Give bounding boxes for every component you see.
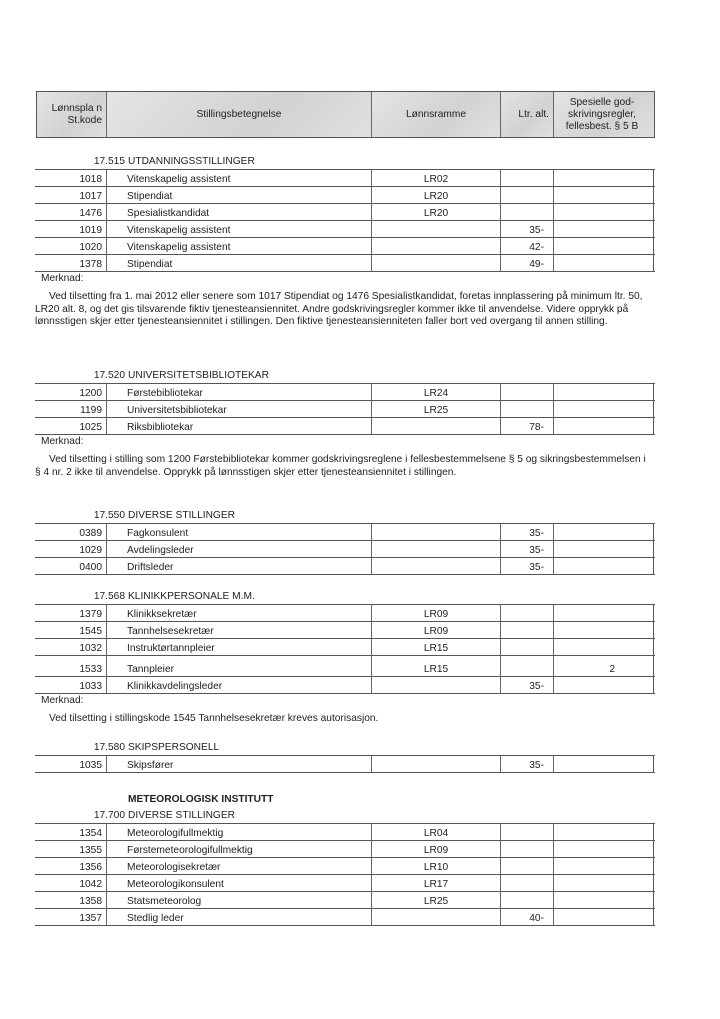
header-title: Stillingsbetegnelse (107, 92, 372, 137)
lonnsramme (372, 255, 501, 271)
stillingskode: 1476 (35, 204, 107, 220)
spesielle-regler (554, 858, 654, 874)
table-row: 1379KlinikksekretærLR09 (35, 605, 655, 622)
section-table: 1379KlinikksekretærLR091545Tannhelsesekr… (35, 604, 655, 694)
stillingskode: 1020 (35, 238, 107, 254)
lonnsramme: LR25 (372, 892, 501, 908)
spesielle-regler (554, 756, 654, 772)
lonnsramme: LR17 (372, 875, 501, 891)
institution-heading: METEOROLOGISK INSTITUTT (128, 794, 273, 805)
spesielle-regler (554, 384, 654, 400)
spesielle-regler (554, 558, 654, 574)
section-17-550: 17.550DIVERSE STILLINGER0389Fagkonsulent… (35, 509, 655, 575)
ltr-alt (501, 858, 554, 874)
stillingskode: 1032 (35, 639, 107, 655)
lonnsramme: LR09 (372, 605, 501, 621)
spesielle-regler (554, 204, 654, 220)
stillingsbetegnelse: Tannhelsesekretær (107, 622, 372, 638)
table-row: 1357Stedlig leder40- (35, 909, 655, 926)
section-table: 1200FørstebibliotekarLR241199Universitet… (35, 383, 655, 435)
lonnsramme: LR10 (372, 858, 501, 874)
ltr-alt (501, 824, 554, 840)
section-17-515: 17.515UTDANNINGSSTILLINGER1018Vitenskape… (35, 155, 655, 329)
table-row: 1200FørstebibliotekarLR24 (35, 384, 655, 401)
section-17-520: 17.520UNIVERSITETSBIBLIOTEKAR1200Førsteb… (35, 369, 655, 479)
ltr-alt (501, 401, 554, 417)
ltr-alt: 49- (501, 255, 554, 271)
spesielle-regler (554, 909, 654, 925)
table-row: 1017StipendiatLR20 (35, 187, 655, 204)
stillingsbetegnelse: Stedlig leder (107, 909, 372, 925)
stillingskode: 1358 (35, 892, 107, 908)
table-row: 1476SpesialistkandidatLR20 (35, 204, 655, 221)
section-code: 17.700 (65, 810, 125, 821)
stillingsbetegnelse: Førstebibliotekar (107, 384, 372, 400)
lonnsramme: LR02 (372, 170, 501, 186)
lonnsramme (372, 756, 501, 772)
table-row: 1358StatsmeteorologLR25 (35, 892, 655, 909)
section-code: 17.568 (65, 591, 125, 602)
ltr-alt: 35- (501, 558, 554, 574)
note-text: Ved tilsetting fra 1. mai 2012 eller sen… (35, 291, 647, 329)
lonnsramme: LR09 (372, 841, 501, 857)
stillingskode: 1018 (35, 170, 107, 186)
table-row: 0389Fagkonsulent35- (35, 524, 655, 541)
spesielle-regler (554, 187, 654, 203)
spesielle-regler (554, 875, 654, 891)
lonnsramme (372, 541, 501, 557)
stillingsbetegnelse: Skipsfører (107, 756, 372, 772)
spesielle-regler (554, 892, 654, 908)
header-ltr: Ltr. alt. (501, 92, 554, 137)
stillingsbetegnelse: Tannpleier (107, 656, 372, 676)
spesielle-regler (554, 401, 654, 417)
lonnsramme (372, 238, 501, 254)
spesielle-regler (554, 677, 654, 693)
stillingskode: 1035 (35, 756, 107, 772)
lonnsramme: LR04 (372, 824, 501, 840)
stillingsbetegnelse: Meteorologikonsulent (107, 875, 372, 891)
table-row: 1356MeteorologisekretærLR10 (35, 858, 655, 875)
stillingsbetegnelse: Vitenskapelig assistent (107, 238, 372, 254)
section-title: KLINIKKPERSONALE M.M. (128, 591, 255, 602)
section-code: 17.515 (65, 156, 125, 167)
stillingskode: 1200 (35, 384, 107, 400)
table-row: 1018Vitenskapelig assistentLR02 (35, 170, 655, 187)
stillingskode: 1354 (35, 824, 107, 840)
stillingskode: 1533 (35, 656, 107, 676)
ltr-alt (501, 204, 554, 220)
lonnsramme: LR20 (372, 204, 501, 220)
spesielle-regler (554, 622, 654, 638)
stillingsbetegnelse: Førstemeteorologifullmektig (107, 841, 372, 857)
note-text: Ved tilsetting i stilling som 1200 Først… (35, 454, 647, 479)
ltr-alt: 78- (501, 418, 554, 434)
stillingskode: 1025 (35, 418, 107, 434)
spesielle-regler (554, 541, 654, 557)
stillingskode: 1379 (35, 605, 107, 621)
stillingskode: 1545 (35, 622, 107, 638)
ltr-alt (501, 892, 554, 908)
spesielle-regler (554, 524, 654, 540)
table-row: 1032InstruktørtannpleierLR15 (35, 639, 655, 656)
ltr-alt (501, 170, 554, 186)
section-code: 17.580 (65, 742, 125, 753)
section-title: DIVERSE STILLINGER (128, 510, 235, 521)
spesielle-regler (554, 605, 654, 621)
ltr-alt (501, 841, 554, 857)
stillingskode: 1355 (35, 841, 107, 857)
table-row: 1025Riksbibliotekar78- (35, 418, 655, 435)
stillingskode: 1357 (35, 909, 107, 925)
ltr-alt: 35- (501, 524, 554, 540)
table-row: 1033Klinikkavdelingsleder35- (35, 677, 655, 694)
table-row: 1545TannhelsesekretærLR09 (35, 622, 655, 639)
table-row: 1355FørstemeteorologifullmektigLR09 (35, 841, 655, 858)
ltr-alt: 40- (501, 909, 554, 925)
lonnsramme: LR15 (372, 656, 501, 676)
section-code: 17.550 (65, 510, 125, 521)
table-row: 1042MeteorologikonsulentLR17 (35, 875, 655, 892)
stillingskode: 0389 (35, 524, 107, 540)
ltr-alt (501, 605, 554, 621)
section-table: 0389Fagkonsulent35-1029Avdelingsleder35-… (35, 523, 655, 575)
stillingsbetegnelse: Universitetsbibliotekar (107, 401, 372, 417)
table-header: Lønnspla n St.kode Stillingsbetegnelse L… (36, 91, 655, 138)
lonnsramme (372, 677, 501, 693)
ltr-alt (501, 656, 554, 676)
stillingsbetegnelse: Riksbibliotekar (107, 418, 372, 434)
stillingskode: 0400 (35, 558, 107, 574)
lonnsramme (372, 558, 501, 574)
ltr-alt (501, 875, 554, 891)
ltr-alt (501, 384, 554, 400)
stillingsbetegnelse: Meteorologifullmektig (107, 824, 372, 840)
note-label: Merknad: (35, 273, 655, 284)
lonnsramme: LR25 (372, 401, 501, 417)
table-row: 1533TannpleierLR152 (35, 656, 655, 677)
stillingsbetegnelse: Avdelingsleder (107, 541, 372, 557)
lonnsramme: LR24 (372, 384, 501, 400)
note-label: Merknad: (35, 695, 655, 706)
ltr-alt: 35- (501, 221, 554, 237)
spesielle-regler: 2 (554, 656, 654, 676)
stillingskode: 1029 (35, 541, 107, 557)
spesielle-regler (554, 418, 654, 434)
stillingskode: 1199 (35, 401, 107, 417)
stillingskode: 1042 (35, 875, 107, 891)
header-lonnsramme: Lønnsramme (372, 92, 501, 137)
section-title: SKIPSPERSONELL (128, 742, 219, 753)
spesielle-regler (554, 841, 654, 857)
stillingskode: 1378 (35, 255, 107, 271)
table-row: 1035Skipsfører35- (35, 756, 655, 773)
stillingsbetegnelse: Vitenskapelig assistent (107, 221, 372, 237)
note-text: Ved tilsetting i stillingskode 1545 Tann… (35, 713, 647, 726)
lonnsramme: LR20 (372, 187, 501, 203)
lonnsramme (372, 909, 501, 925)
ltr-alt (501, 639, 554, 655)
stillingsbetegnelse: Spesialistkandidat (107, 204, 372, 220)
table-row: 1020Vitenskapelig assistent42- (35, 238, 655, 255)
header-code: Lønnspla n St.kode (37, 92, 107, 137)
spesielle-regler (554, 221, 654, 237)
lonnsramme (372, 524, 501, 540)
ltr-alt (501, 187, 554, 203)
stillingsbetegnelse: Fagkonsulent (107, 524, 372, 540)
header-spesielle: Spesielle god-skrivingsregler, fellesbes… (554, 92, 654, 137)
lonnsramme: LR15 (372, 639, 501, 655)
spesielle-regler (554, 238, 654, 254)
lonnsramme (372, 221, 501, 237)
ltr-alt: 35- (501, 541, 554, 557)
ltr-alt: 42- (501, 238, 554, 254)
stillingsbetegnelse: Stipendiat (107, 255, 372, 271)
spesielle-regler (554, 824, 654, 840)
spesielle-regler (554, 170, 654, 186)
stillingsbetegnelse: Stipendiat (107, 187, 372, 203)
stillingsbetegnelse: Instruktørtannpleier (107, 639, 372, 655)
table-row: 1019Vitenskapelig assistent35- (35, 221, 655, 238)
stillingsbetegnelse: Klinikkavdelingsleder (107, 677, 372, 693)
table-row: 1378Stipendiat49- (35, 255, 655, 272)
stillingsbetegnelse: Vitenskapelig assistent (107, 170, 372, 186)
section-17-580: 17.580SKIPSPERSONELL1035Skipsfører35- (35, 741, 655, 773)
stillingsbetegnelse: Meteorologisekretær (107, 858, 372, 874)
stillingsbetegnelse: Statsmeteorolog (107, 892, 372, 908)
ltr-alt (501, 622, 554, 638)
section-table: 1354MeteorologifullmektigLR041355Førstem… (35, 823, 655, 926)
stillingskode: 1017 (35, 187, 107, 203)
table-row: 1199UniversitetsbibliotekarLR25 (35, 401, 655, 418)
table-row: 1029Avdelingsleder35- (35, 541, 655, 558)
lonnsramme (372, 418, 501, 434)
section-table: 1035Skipsfører35- (35, 755, 655, 773)
section-title: UNIVERSITETSBIBLIOTEKAR (128, 370, 269, 381)
section-17-700: METEOROLOGISK INSTITUTT17.700DIVERSE STI… (35, 794, 655, 926)
ltr-alt: 35- (501, 677, 554, 693)
table-row: 1354MeteorologifullmektigLR04 (35, 824, 655, 841)
section-title: UTDANNINGSSTILLINGER (128, 156, 255, 167)
ltr-alt: 35- (501, 756, 554, 772)
section-code: 17.520 (65, 370, 125, 381)
lonnsramme: LR09 (372, 622, 501, 638)
spesielle-regler (554, 639, 654, 655)
note-label: Merknad: (35, 436, 655, 447)
section-title: DIVERSE STILLINGER (128, 810, 235, 821)
stillingskode: 1033 (35, 677, 107, 693)
stillingsbetegnelse: Klinikksekretær (107, 605, 372, 621)
stillingsbetegnelse: Driftsleder (107, 558, 372, 574)
spesielle-regler (554, 255, 654, 271)
stillingskode: 1356 (35, 858, 107, 874)
section-17-568: 17.568KLINIKKPERSONALE M.M.1379Klinikkse… (35, 590, 655, 726)
table-row: 0400Driftsleder35- (35, 558, 655, 575)
section-table: 1018Vitenskapelig assistentLR021017Stipe… (35, 169, 655, 272)
stillingskode: 1019 (35, 221, 107, 237)
